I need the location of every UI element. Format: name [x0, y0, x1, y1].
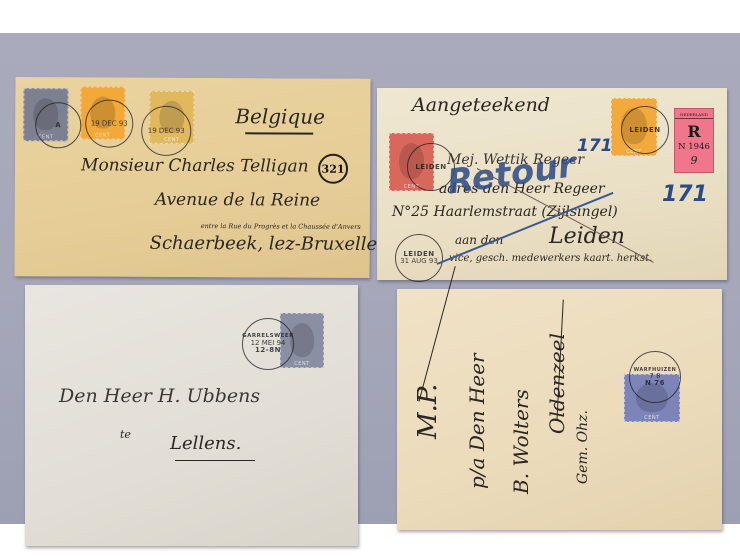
- address-note: vice, gesch. medewerkers kaart. herkst.: [449, 253, 652, 264]
- address-line-2: p/a Den Heer: [465, 353, 489, 489]
- address-name: Monsieur Charles Telligan: [81, 155, 309, 176]
- registration-number: N 1946: [675, 142, 713, 152]
- address-city: Schaerbeek, lez-Bruxelles: [150, 233, 387, 255]
- country-underline: [245, 132, 313, 134]
- address-line-1: M.P.: [413, 384, 443, 439]
- envelope-wolters: CENT WARFHUIZEN 7 8 N 76 M.P. p/a Den He…: [397, 289, 722, 530]
- marking-badge: 321: [318, 154, 348, 184]
- envelope-ubbens: CENT GARRELSWEER 12 MEI 94 12-8N Den Hee…: [25, 285, 358, 546]
- address-name: Den Heer H. Ubbens: [59, 385, 260, 407]
- blue-mark-171: 171: [577, 136, 613, 156]
- address-note: entre la Rue du Progrès et la Chaussée d…: [201, 222, 361, 231]
- rule-line: [419, 266, 456, 401]
- city-underline: [175, 460, 255, 461]
- postmark: 19 DEC 93: [85, 99, 133, 147]
- registration-country: NEDERLAND: [675, 112, 713, 119]
- address-street: N°25 Haarlemstraat (Zijlsingel): [392, 204, 618, 220]
- postmark: 19 DEC 93: [141, 106, 191, 156]
- envelope-registered-leiden: Aangeteekend CENT CENT LEIDEN LEIDEN LEI…: [377, 88, 727, 280]
- registration-letter: R: [675, 122, 713, 141]
- registration-office: 9: [675, 154, 713, 167]
- address-line-3: B. Wolters: [509, 389, 533, 494]
- postmark: GARRELSWEER 12 MEI 94 12-8N: [242, 318, 294, 370]
- address-country: Belgique: [235, 104, 325, 128]
- envelope-belgique: CENT CENT CENT A 19 DEC 93 19 DEC 93 321…: [14, 77, 370, 278]
- address-line-5: Gem. Ohz.: [575, 410, 591, 484]
- postmark: LEIDEN: [621, 106, 669, 154]
- stamp-value: CENT: [624, 415, 680, 421]
- postmark: LEIDEN 31 AUG 93: [395, 234, 443, 282]
- photo-background: CENT CENT CENT A 19 DEC 93 19 DEC 93 321…: [0, 33, 740, 524]
- address-city: Lellens.: [170, 433, 241, 454]
- postmark: A: [35, 102, 81, 148]
- registration-label: NEDERLAND R N 1946 9: [674, 108, 714, 173]
- postmark: WARFHUIZEN 7 8 N 76: [629, 351, 681, 403]
- registered-heading: Aangeteekend: [412, 94, 550, 116]
- address-street: Avenue de la Reine: [155, 190, 320, 211]
- address-te: te: [120, 428, 131, 441]
- blue-mark-171: 171: [662, 182, 708, 207]
